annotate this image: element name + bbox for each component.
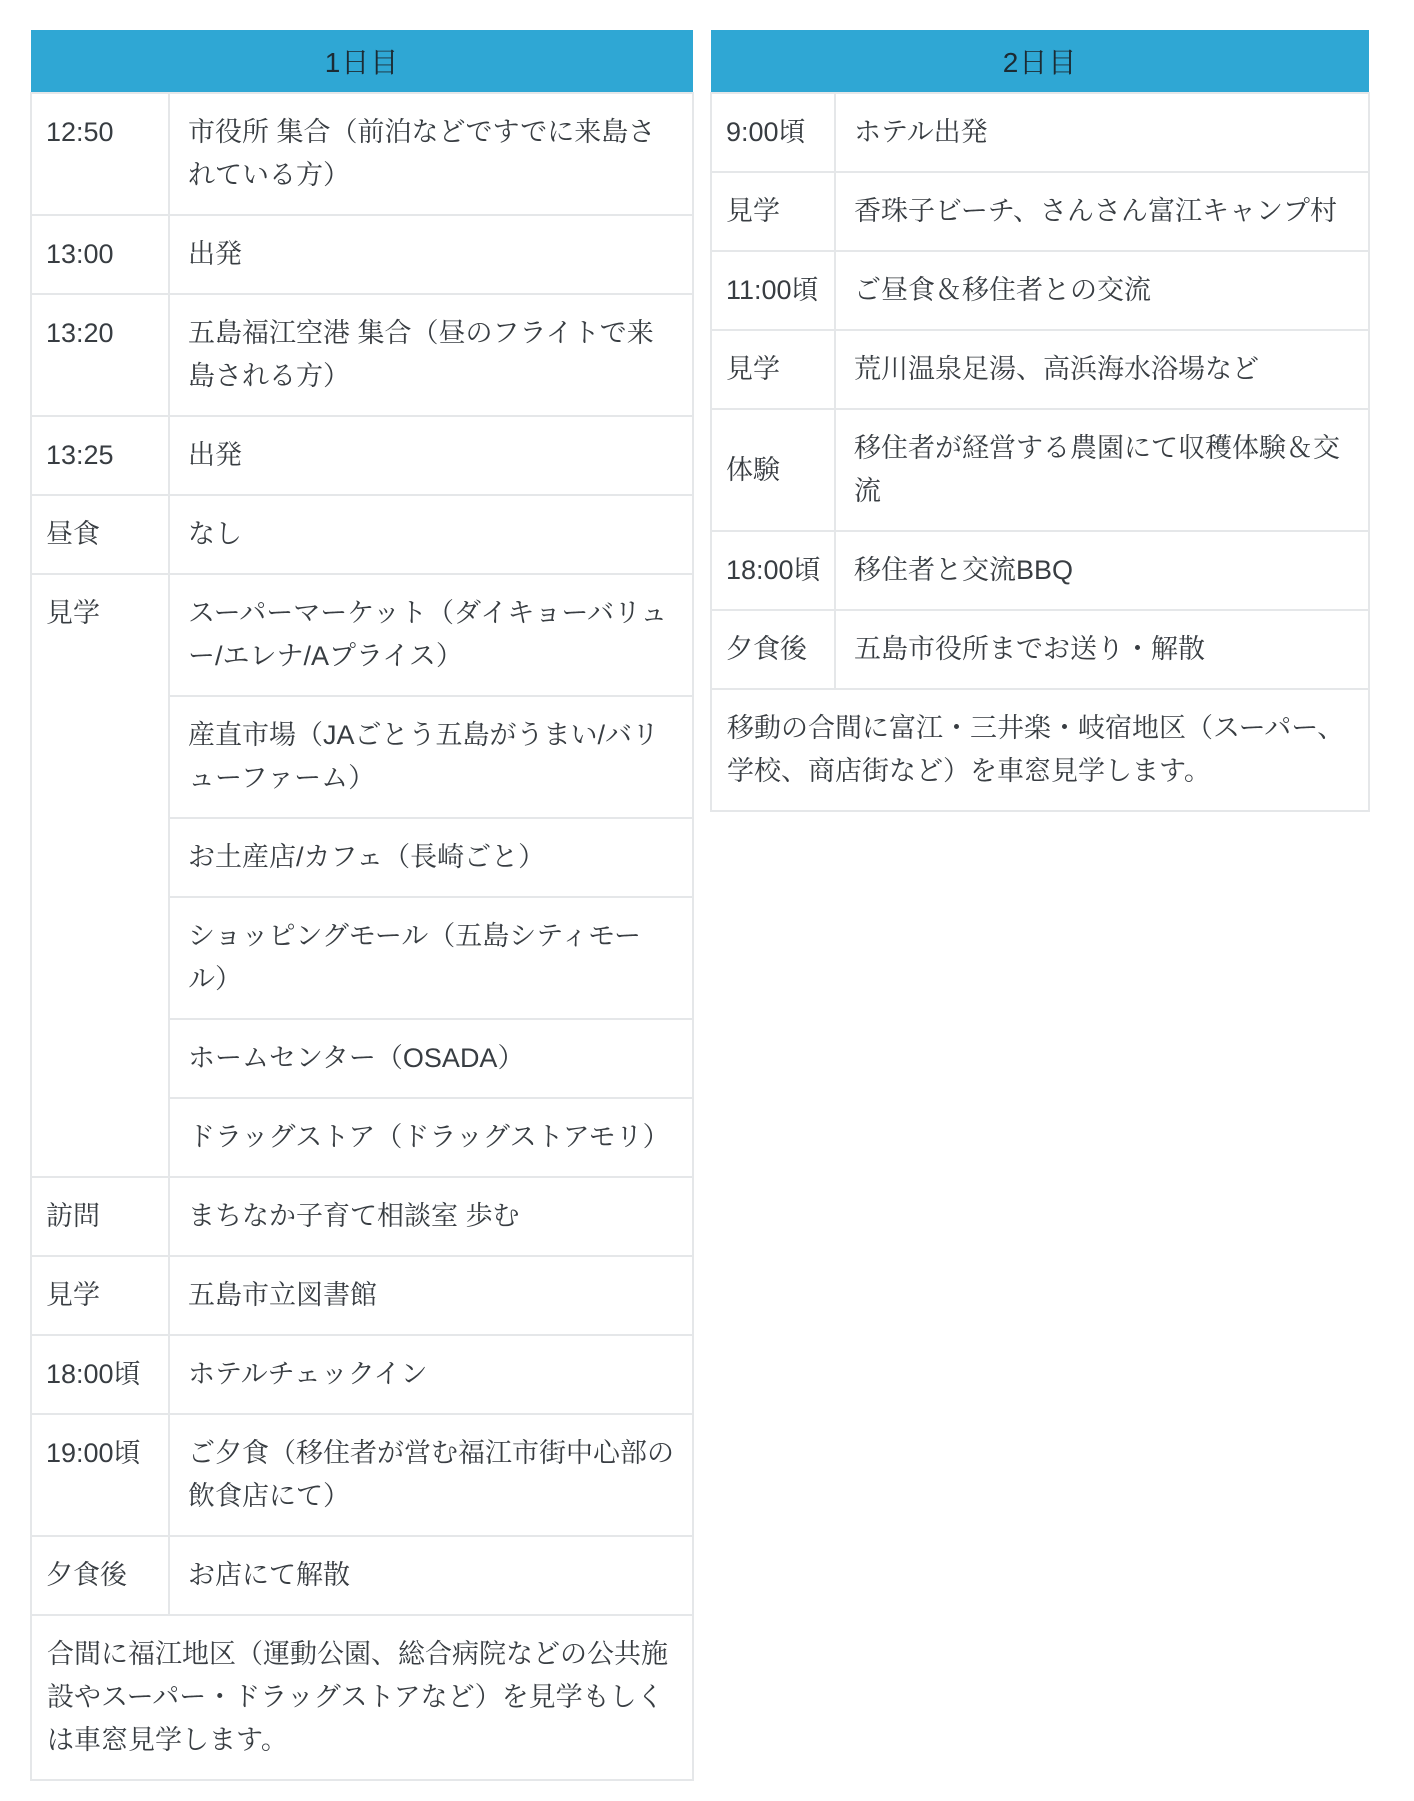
day2-header: 2日目 <box>711 30 1369 93</box>
note-row: 合間に福江地区（運動公園、総合病院などの公共施設やスーパー・ドラッグストアなど）… <box>31 1615 693 1780</box>
row-time-cell: 夕食後 <box>31 1536 169 1615</box>
row-activity-cell: 市役所 集合（前泊などですでに来島されている方） <box>169 93 693 215</box>
row-time-cell: 訪問 <box>31 1177 169 1256</box>
row-time-cell: 体験 <box>711 409 835 531</box>
row-activity-cell: ホテルチェックイン <box>169 1335 693 1414</box>
row-activity-cell: 移住者が経営する農園にて収穫体験＆交流 <box>835 409 1369 531</box>
itinerary-row: 9:00頃ホテル出発 <box>711 93 1369 172</box>
itinerary-row: 夕食後五島市役所までお送り・解散 <box>711 610 1369 689</box>
row-time-cell: 昼食 <box>31 495 169 574</box>
day2-body: 9:00頃ホテル出発見学香珠子ビーチ、さんさん富江キャンプ村11:00頃ご昼食＆… <box>711 93 1369 811</box>
row-activity-cell: 五島市立図書館 <box>169 1256 693 1335</box>
row-time-cell: 12:50 <box>31 93 169 215</box>
note-cell: 移動の合間に富江・三井楽・岐宿地区（スーパー、学校、商店街など）を車窓見学します… <box>711 689 1369 811</box>
itinerary-page: 1日目 12:50市役所 集合（前泊などですでに来島されている方）13:00出発… <box>0 0 1414 1801</box>
row-time-cell: 13:25 <box>31 416 169 495</box>
row-time-cell: 見学 <box>711 330 835 409</box>
row-activity-cell: 五島福江空港 集合（昼のフライトで来島される方） <box>169 294 693 416</box>
itinerary-row: 訪問まちなか子育て相談室 歩む <box>31 1177 693 1256</box>
day1-body: 12:50市役所 集合（前泊などですでに来島されている方）13:00出発13:2… <box>31 93 693 1780</box>
itinerary-row: 体験移住者が経営する農園にて収穫体験＆交流 <box>711 409 1369 531</box>
itinerary-row: 19:00頃ご夕食（移住者が営む福江市街中心部の飲食店にて） <box>31 1414 693 1536</box>
row-time-cell: 見学 <box>31 574 169 1177</box>
row-activity-cell: ご昼食＆移住者との交流 <box>835 251 1369 330</box>
row-activity-cell: なし <box>169 495 693 574</box>
itinerary-row: 18:00頃ホテルチェックイン <box>31 1335 693 1414</box>
row-activity-cell: お土産店/カフェ（長崎ごと） <box>169 818 693 897</box>
itinerary-row: 12:50市役所 集合（前泊などですでに来島されている方） <box>31 93 693 215</box>
row-activity-cell: ホテル出発 <box>835 93 1369 172</box>
itinerary-row: 13:00出発 <box>31 215 693 294</box>
row-time-cell: 夕食後 <box>711 610 835 689</box>
row-time-cell: 9:00頃 <box>711 93 835 172</box>
day2-table: 2日目 9:00頃ホテル出発見学香珠子ビーチ、さんさん富江キャンプ村11:00頃… <box>710 30 1370 812</box>
note-row: 移動の合間に富江・三井楽・岐宿地区（スーパー、学校、商店街など）を車窓見学します… <box>711 689 1369 811</box>
row-activity-cell: 五島市役所までお送り・解散 <box>835 610 1369 689</box>
itinerary-row: 13:25出発 <box>31 416 693 495</box>
row-activity-cell: 香珠子ビーチ、さんさん富江キャンプ村 <box>835 172 1369 251</box>
itinerary-row: 見学スーパーマーケット（ダイキョーバリュー/エレナ/Aプライス） <box>31 574 693 696</box>
row-time-cell: 見学 <box>711 172 835 251</box>
itinerary-row: 11:00頃ご昼食＆移住者との交流 <box>711 251 1369 330</box>
day1-table: 1日目 12:50市役所 集合（前泊などですでに来島されている方）13:00出発… <box>30 30 694 1781</box>
itinerary-row: 見学香珠子ビーチ、さんさん富江キャンプ村 <box>711 172 1369 251</box>
row-time-cell: 11:00頃 <box>711 251 835 330</box>
row-activity-cell: 移住者と交流BBQ <box>835 531 1369 610</box>
row-activity-cell: 出発 <box>169 215 693 294</box>
itinerary-row: 見学荒川温泉足湯、高浜海水浴場など <box>711 330 1369 409</box>
row-activity-cell: 出発 <box>169 416 693 495</box>
row-time-cell: 13:20 <box>31 294 169 416</box>
row-activity-cell: スーパーマーケット（ダイキョーバリュー/エレナ/Aプライス） <box>169 574 693 696</box>
row-activity-cell: 産直市場（JAごとう五島がうまい/バリューファーム） <box>169 696 693 818</box>
itinerary-row: 見学五島市立図書館 <box>31 1256 693 1335</box>
itinerary-row: 13:20五島福江空港 集合（昼のフライトで来島される方） <box>31 294 693 416</box>
itinerary-row: 昼食なし <box>31 495 693 574</box>
itinerary-tables: 1日目 12:50市役所 集合（前泊などですでに来島されている方）13:00出発… <box>30 30 1414 1781</box>
row-time-cell: 18:00頃 <box>31 1335 169 1414</box>
day1-header: 1日目 <box>31 30 693 93</box>
row-activity-cell: ドラッグストア（ドラッグストアモリ） <box>169 1098 693 1177</box>
row-activity-cell: お店にて解散 <box>169 1536 693 1615</box>
row-time-cell: 見学 <box>31 1256 169 1335</box>
row-time-cell: 13:00 <box>31 215 169 294</box>
itinerary-row: 18:00頃移住者と交流BBQ <box>711 531 1369 610</box>
row-activity-cell: ご夕食（移住者が営む福江市街中心部の飲食店にて） <box>169 1414 693 1536</box>
row-activity-cell: ショッピングモール（五島シティモール） <box>169 897 693 1019</box>
row-time-cell: 18:00頃 <box>711 531 835 610</box>
row-activity-cell: ホームセンター（OSADA） <box>169 1019 693 1098</box>
itinerary-row: 夕食後お店にて解散 <box>31 1536 693 1615</box>
row-activity-cell: 荒川温泉足湯、高浜海水浴場など <box>835 330 1369 409</box>
row-activity-cell: まちなか子育て相談室 歩む <box>169 1177 693 1256</box>
row-time-cell: 19:00頃 <box>31 1414 169 1536</box>
note-cell: 合間に福江地区（運動公園、総合病院などの公共施設やスーパー・ドラッグストアなど）… <box>31 1615 693 1780</box>
